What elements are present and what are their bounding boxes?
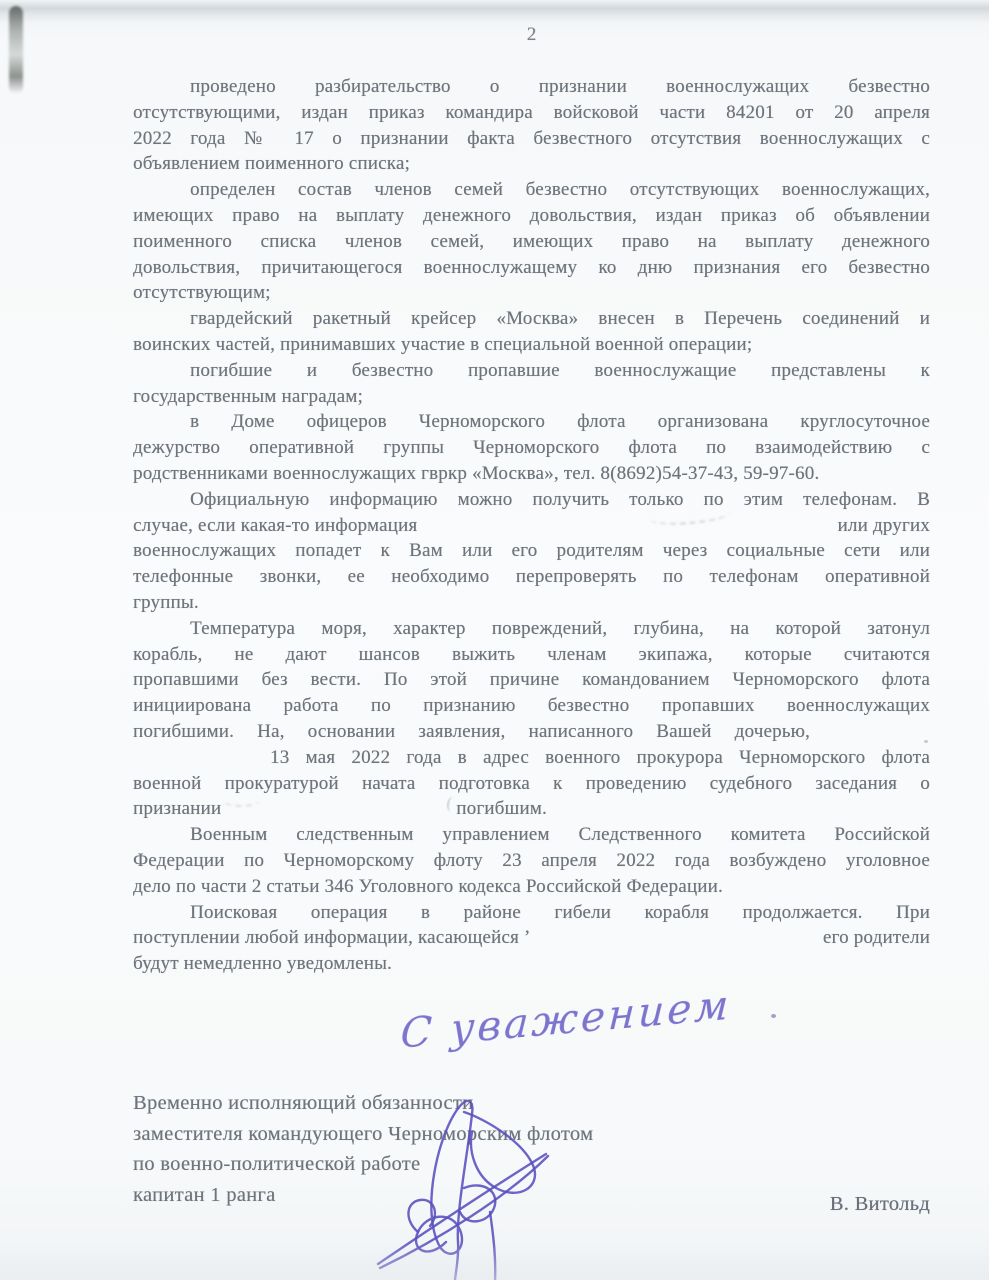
text-line: отсутствующим; [133, 280, 930, 306]
text-line: отсутствующими, издан приказ командира в… [133, 100, 930, 126]
paragraph: проведено разбирательство о признании во… [133, 74, 930, 177]
text-line: корабль, не дают шансов выжить членам эк… [133, 642, 930, 668]
paragraph: погибшие и безвестно пропавшие военнослу… [133, 358, 930, 410]
text-line: погибшие и безвестно пропавшие военнослу… [133, 358, 930, 384]
text-segment: его родители [823, 925, 930, 951]
text-line: поступлении любой информации, касающейся… [133, 925, 930, 951]
text-line: поименного списка членов семей, имеющих … [133, 229, 930, 255]
signatory-title-line: заместителя командующего Черноморским фл… [133, 1119, 733, 1150]
text-line: гвардейский ракетный крейсер «Москва» вн… [133, 306, 930, 332]
signatory-title-block: Временно исполняющий обязанности замести… [133, 1088, 733, 1210]
text-line: государственным наградам; [133, 384, 930, 410]
paragraph: Поисковая операция в районе гибели кораб… [133, 900, 930, 977]
text-line: Официальную информацию можно получить то… [133, 487, 930, 513]
text-segment: или других [838, 513, 930, 539]
text-line: признаниипогибшим. [133, 796, 930, 822]
text-line: военной прокуратурой начата подготовка к… [133, 771, 930, 797]
signatory-title-line: по военно-политической работе [133, 1149, 733, 1180]
text-line: родственниками военнослужащих гвркр «Мос… [133, 461, 930, 487]
scan-bottom-shading [0, 1232, 989, 1280]
text-line: воинских частей, принимавших участие в с… [133, 332, 930, 358]
paragraph: определен состав членов семей безвестно … [133, 177, 930, 306]
text-line: группы. [133, 590, 930, 616]
signatory-title-line: Временно исполняющий обязанности [133, 1088, 733, 1119]
signer-name: В. Витольд [133, 1193, 930, 1216]
paragraph: гвардейский ракетный крейсер «Москва» вн… [133, 306, 930, 358]
scanned-page: 2 проведено разбирательство о признании … [0, 0, 989, 1280]
scan-edge-shadow [0, 2, 989, 23]
text-line: определен состав членов семей безвестно … [133, 177, 930, 203]
text-line: дежурство оперативной группы Черноморско… [133, 435, 930, 461]
paragraph: в Доме офицеров Черноморского флота орга… [133, 409, 930, 486]
text-line: объявлением поименного списка; [133, 151, 930, 177]
text-line: проведено разбирательство о признании во… [133, 74, 930, 100]
text-line: инициирована работа по признанию безвест… [133, 693, 930, 719]
text-line: погибшими. На, основании заявления, напи… [133, 719, 930, 745]
text-segment: случае, если какая-то информация [133, 513, 417, 539]
text-line: довольствия, причитающегося военнослужащ… [133, 255, 930, 281]
paragraph: Температура моря, характер повреждений, … [133, 616, 930, 745]
text-line: будут немедленно уведомлены. [133, 951, 930, 977]
text-line: пропавшими без вести. По этой причине ко… [133, 667, 930, 693]
text-line: Поисковая операция в районе гибели кораб… [133, 900, 930, 926]
text-segment: признании [133, 796, 221, 822]
text-line: дело по части 2 статьи 346 Уголовного ко… [133, 874, 930, 900]
text-line: Температура моря, характер повреждений, … [133, 616, 930, 642]
paragraph: Официальную информацию можно получить то… [133, 487, 930, 616]
page-number: 2 [133, 24, 930, 46]
text-line: телефонные звонки, ее необходимо перепро… [133, 564, 930, 590]
text-line: Военным следственным управлением Следств… [133, 822, 930, 848]
scan-artifact-streak [9, 6, 23, 94]
text-line: 2022 года № 17 о признании факта безвест… [133, 126, 930, 152]
text-line: Федерации по Черноморскому флоту 23 апре… [133, 848, 930, 874]
paragraph: 13 мая 2022 года в адрес военного прокур… [133, 745, 930, 822]
paragraph: Военным следственным управлением Следств… [133, 822, 930, 899]
text-segment: поступлении любой информации, касающейся… [133, 925, 530, 951]
text-line: военнослужащих попадет к Вам или его род… [133, 538, 930, 564]
handwritten-closing: С уважением [399, 980, 732, 1057]
ink-dot [771, 1014, 776, 1018]
text-line: в Доме офицеров Черноморского флота орга… [133, 409, 930, 435]
text-line: имеющих право на выплату денежного довол… [133, 203, 930, 229]
document-body: проведено разбирательство о признании во… [133, 74, 930, 977]
text-segment: погибшим. [456, 796, 547, 822]
text-line: 13 мая 2022 года в адрес военного прокур… [133, 745, 930, 771]
text-line: случае, если какая-то информацияили друг… [133, 513, 930, 539]
